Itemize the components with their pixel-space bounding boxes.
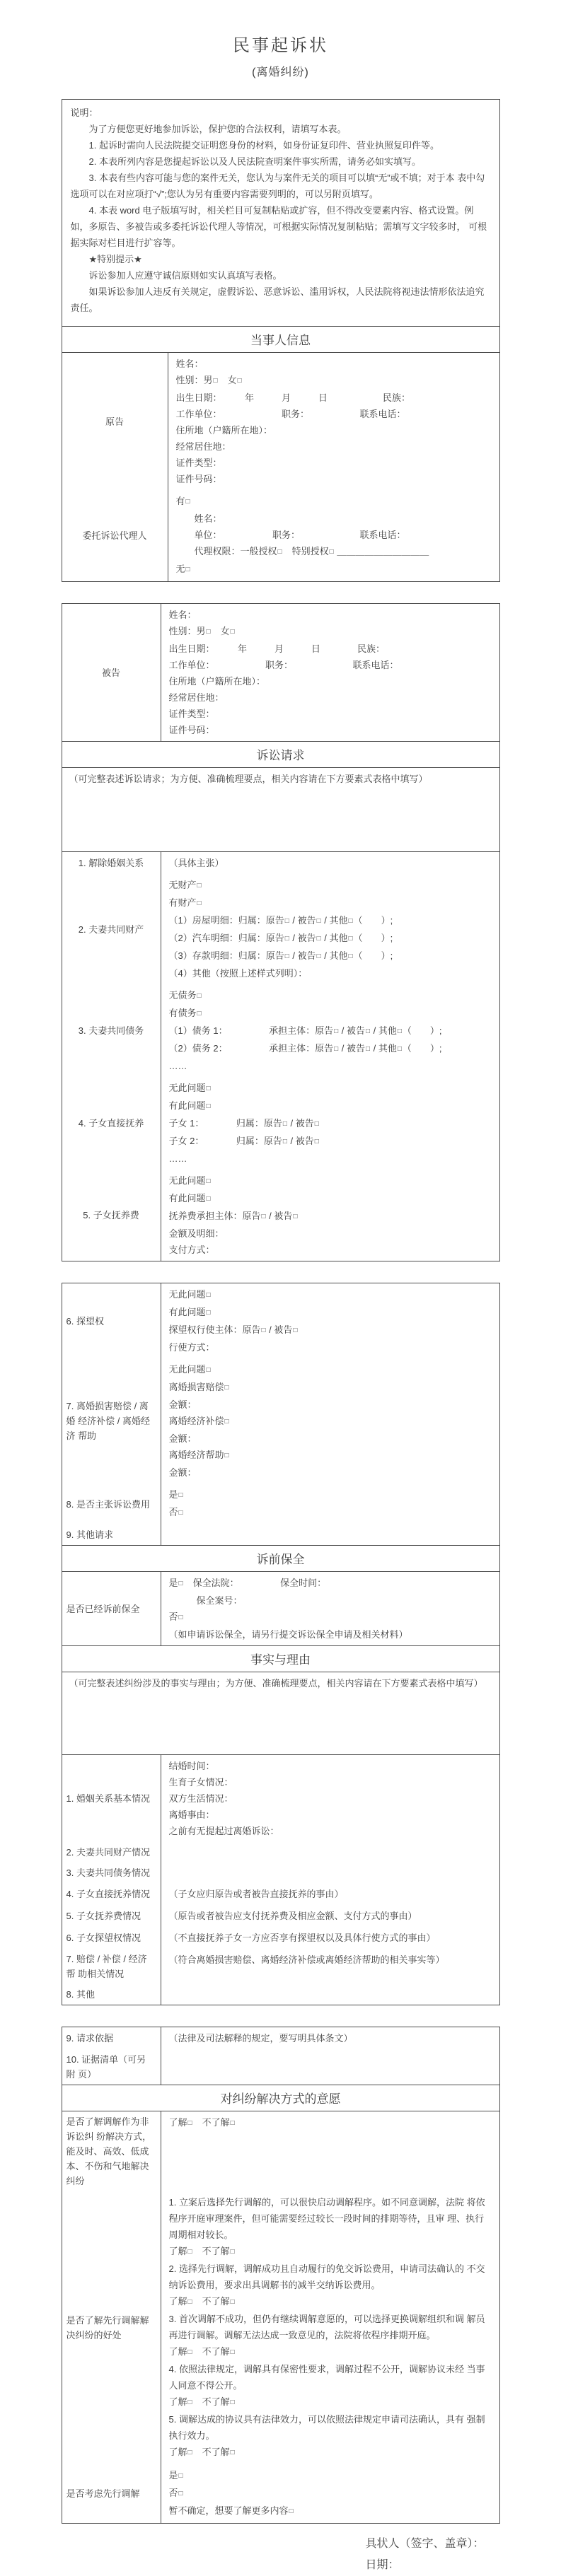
checkbox-icon[interactable]: □ — [225, 1384, 229, 1392]
checkbox-icon[interactable]: □ — [278, 548, 282, 556]
checkbox-icon[interactable]: □ — [398, 1027, 402, 1035]
checkbox-icon[interactable]: □ — [293, 1213, 297, 1220]
row-content — [161, 1863, 499, 1883]
checkbox-icon[interactable]: □ — [293, 1327, 297, 1334]
row-label: 委托诉讼代理人 — [62, 490, 168, 581]
document-page: 民事起诉状 (离婚纠纷) 说明： 为了方便您更好地参加诉讼，保护您的合法权利，请… — [0, 0, 561, 2576]
row-label: 5. 子女抚养费 — [62, 1170, 161, 1261]
document-content: 说明： 为了方便您更好地参加诉讼，保护您的合法权利，请填写本表。1. 起诉时需向… — [62, 99, 500, 2576]
table-row: 原告姓名：性别：男□ 女□出生日期： 年 月 日 民族：工作单位： 职务： 联系… — [62, 353, 499, 490]
row-label: 原告 — [62, 353, 168, 490]
section-header-preservation: 诉前保全 — [62, 1545, 499, 1571]
field-line: 2. 选择先行调解，调解成功且自动履行的免交诉讼费用，申请司法确认的 不交纳诉讼… — [169, 2261, 492, 2293]
field-line: 有此问题□ — [169, 1304, 492, 1322]
field-line: 金额： — [169, 1397, 492, 1413]
signature-block: 具状人（签字、盖章）： 日期： — [366, 2534, 500, 2576]
section-header-claims: 诉讼请求 — [62, 741, 499, 767]
row-content — [161, 1525, 499, 1545]
field-line: 工作单位： 职务： 联系电话： — [169, 657, 492, 673]
table-row: 9. 其他请求 — [62, 1525, 499, 1545]
checkbox-icon[interactable]: □ — [398, 1045, 402, 1053]
field-line: 无□ — [176, 561, 492, 578]
facts-note-cell: （可完整表述纠纷涉及的事实与理由；为方便、准确梳理要点，相关内容请在下方要素式表… — [62, 1672, 499, 1754]
field-line: 出生日期： 年 月 日 民族： — [169, 641, 492, 657]
claims-note-cell: （可完整表述诉讼请求；为方便、准确梳理要点，相关内容请在下方要素式表格中填写） — [62, 767, 499, 851]
field-line: 工作单位： 职务： 联系电话： — [176, 406, 492, 422]
field-line: 证件号码： — [176, 471, 492, 487]
table-row: 7. 离婚损害赔偿 / 离婚 经济补偿 / 离婚经济 帮助无此问题□离婚损害赔偿… — [62, 1358, 499, 1484]
defendant-rows: 被告姓名：性别：男□ 女□出生日期： 年 月 日 民族：工作单位： 职务： 联系… — [62, 604, 499, 741]
row-content: （原告或者被告应支付抚养费及相应金额、支付方式的事由） — [161, 1905, 499, 1927]
checkbox-icon[interactable]: □ — [231, 2348, 235, 2356]
row-content: 姓名：性别：男□ 女□出生日期： 年 月 日 民族：工作单位： 职务： 联系电话… — [161, 604, 499, 741]
checkbox-icon[interactable]: □ — [289, 2507, 294, 2515]
row-label: 9. 请求依据 — [62, 2027, 161, 2049]
field-line: 子女 1： 归属：原告□ / 被告□ — [169, 1115, 492, 1133]
row-content: 无此问题□有此问题□子女 1： 归属：原告□ / 被告□子女 2： 归属：原告□… — [161, 1077, 499, 1170]
checkbox-icon[interactable]: □ — [349, 917, 353, 925]
page-subtitle: (离婚纠纷) — [0, 63, 561, 79]
checkbox-icon[interactable]: □ — [179, 1580, 183, 1587]
field-line: 无此问题□ — [169, 1361, 492, 1379]
row-label: 7. 赔偿 / 补偿 / 经济帮 助相关情况 — [62, 1949, 161, 1984]
instruction-paragraph: 4. 本表 word 电子版填写时，相关栏目可复制粘贴或扩容，但不得改变要素内容… — [71, 202, 491, 251]
checkbox-icon[interactable]: □ — [285, 952, 289, 960]
field-line: 无此问题□ — [169, 1286, 492, 1304]
checkbox-icon[interactable]: □ — [262, 1327, 266, 1334]
row-content: 无此问题□有此问题□探望权行使主体：原告□ / 被告□行使方式： — [161, 1283, 499, 1358]
checkbox-icon[interactable]: □ — [207, 1291, 211, 1299]
field-line: 经常居住地： — [169, 689, 492, 706]
field-line: 是□ — [169, 1486, 492, 1504]
row-label: 4. 子女直接抚养情况 — [62, 1883, 161, 1905]
checkbox-icon[interactable]: □ — [207, 1309, 211, 1317]
checkbox-icon[interactable]: □ — [197, 882, 202, 890]
row-label: 3. 夫妻共同债务情况 — [62, 1863, 161, 1883]
row-content: 姓名：性别：男□ 女□出生日期： 年 月 日 民族：工作单位： 职务： 联系电话… — [168, 353, 499, 490]
checkbox-icon[interactable]: □ — [231, 2119, 235, 2127]
field-line: 是□ — [169, 2467, 492, 2485]
row-label: 6. 子女探望权情况 — [62, 1927, 161, 1949]
row-label: 8. 其他 — [62, 1984, 161, 2005]
instruction-paragraph: 诉讼参加人应遵守诚信原则如实认真填写表格。 — [71, 267, 491, 284]
row-content: （不直接抚养子女一方应否享有探望权以及具体行使方式的事由） — [161, 1927, 499, 1949]
row-content — [161, 2049, 499, 2085]
field-line: 生育子女情况： — [169, 1774, 492, 1790]
checkbox-icon[interactable]: □ — [207, 1177, 211, 1185]
field-line: 否□ — [169, 2485, 492, 2502]
table-row: 1. 解除婚姻关系（具体主张） — [62, 852, 499, 874]
row-label: 1. 婚姻关系基本情况 — [62, 1755, 161, 1842]
claims-table-1: 被告姓名：性别：男□ 女□出生日期： 年 月 日 民族：工作单位： 职务： 联系… — [62, 603, 500, 1261]
instruction-paragraph: 如果诉讼参加人违反有关规定，虚假诉讼、恶意诉讼、滥用诉权，人民法院将视违法情形依… — [71, 284, 491, 316]
row-content: 结婚时间：生育子女情况：双方生活情况：离婚事由：之前有无提起过离婚诉讼： — [161, 1755, 499, 1842]
table-row: 6. 探望权无此问题□有此问题□探望权行使主体：原告□ / 被告□行使方式： — [62, 1283, 499, 1358]
basis-rows: 9. 请求依据（法律及司法解释的规定，要写明具体条文）10. 证据清单（可另 附… — [62, 2027, 499, 2085]
checkbox-icon[interactable]: □ — [188, 2248, 192, 2256]
field-line: 否□ — [169, 1609, 492, 1626]
field-line: （具体主张） — [169, 855, 492, 871]
row-content: 1. 立案后选择先行调解的，可以很快启动调解程序。如不同意调解，法院 将依程序开… — [161, 2191, 499, 2464]
row-content: 无债务□有债务□（1）债务 1： 承担主体：原告□ / 被告□ / 其他□（ ）… — [161, 984, 499, 1077]
field-line: 离婚损害赔偿□ — [169, 1379, 492, 1397]
field-line: 有此问题□ — [169, 1190, 492, 1208]
checkbox-icon[interactable]: □ — [207, 1195, 211, 1203]
field-line: 保全案号： — [169, 1592, 492, 1609]
field-line: （4）其他（按照上述样式列明）： — [169, 965, 492, 981]
field-line: （2）汽车明细：归属：原告□ / 被告□ / 其他□（ ）; — [169, 930, 492, 948]
checkbox-icon[interactable]: □ — [330, 548, 334, 556]
checkbox-icon[interactable]: □ — [262, 1213, 266, 1220]
row-content: 无此问题□离婚损害赔偿□金额：离婚经济补偿□金额：离婚经济帮助□金额： — [161, 1358, 499, 1484]
field-line: （3）存款明细：归属：原告□ / 被告□ / 其他□（ ）; — [169, 948, 492, 965]
row-content: 有□ 姓名： 单位： 职务： 联系电话： 代理权限：一般授权□ 特别授权□ ＿＿… — [168, 490, 499, 581]
field-line: 行使方式： — [169, 1339, 492, 1356]
field-line: （如申请诉讼保全，请另行提交诉讼保全申请及相关材料） — [169, 1626, 492, 1643]
field-line: （1）债务 1： 承担主体：原告□ / 被告□ / 其他□（ ）; — [169, 1022, 492, 1040]
field-line: 金额： — [169, 1430, 492, 1447]
field-line: 1. 立案后选择先行调解的，可以很快启动调解程序。如不同意调解，法院 将依程序开… — [169, 2194, 492, 2243]
row-label: 1. 解除婚姻关系 — [62, 852, 161, 874]
row-content: 是□否□ — [161, 1484, 499, 1525]
section-header-party: 当事人信息 — [62, 326, 499, 352]
field-line: 住所地（户籍所在地）： — [169, 673, 492, 689]
row-label: 2. 夫妻共同财产情况 — [62, 1842, 161, 1863]
checkbox-icon[interactable]: □ — [349, 935, 353, 943]
facts-rows: 1. 婚姻关系基本情况结婚时间：生育子女情况：双方生活情况：离婚事由：之前有无提… — [62, 1754, 499, 2005]
field-line: 无债务□ — [169, 987, 492, 1005]
field-line: （子女应归原告或者被告直接抚养的事由） — [169, 1886, 492, 1902]
field-line: 代理权限：一般授权□ 特别授权□ ＿＿＿＿＿＿＿＿＿＿ — [176, 543, 492, 561]
row-content: 是□ 保全法院： 保全时间： 保全案号：否□（如申请诉讼保全，请另行提交诉讼保全… — [161, 1572, 499, 1645]
checkbox-icon[interactable]: □ — [188, 2399, 192, 2406]
section-header-facts: 事实与理由 — [62, 1645, 499, 1672]
table-row: 8. 是否主张诉讼费用是□否□ — [62, 1484, 499, 1525]
checkbox-icon[interactable]: □ — [366, 1027, 370, 1035]
checkbox-icon[interactable]: □ — [207, 1085, 211, 1092]
field-line: 离婚经济帮助□ — [169, 1447, 492, 1464]
preservation-rows: 是否已经诉前保全是□ 保全法院： 保全时间： 保全案号：否□（如申请诉讼保全，请… — [62, 1571, 499, 1645]
checkbox-icon[interactable]: □ — [334, 1045, 338, 1053]
checkbox-icon[interactable]: □ — [349, 952, 353, 960]
row-content: （符合离婚损害赔偿、离婚经济补偿或离婚经济帮助的相关事实等） — [161, 1949, 499, 1984]
field-line: 4. 依照法律规定，调解具有保密性要求，调解过程不公开，调解协议未经 当事人同意… — [169, 2361, 492, 2394]
row-content: 是□否□暂不确定，想要了解更多内容□ — [161, 2464, 499, 2523]
table-row: 8. 其他 — [62, 1984, 499, 2005]
field-line: 结婚时间： — [169, 1758, 492, 1774]
field-line: 子女 2： 归属：原告□ / 被告□ — [169, 1133, 492, 1150]
checkbox-icon[interactable]: □ — [214, 377, 218, 385]
claims-rows-1-5: 1. 解除婚姻关系（具体主张）2. 夫妻共同财产无财产□有财产□（1）房屋明细：… — [62, 851, 499, 1261]
row-content: 了解□ 不了解□ — [161, 2111, 499, 2191]
field-line: 了解□ 不了解□ — [169, 2394, 492, 2411]
row-content — [161, 1842, 499, 1863]
field-line: （不直接抚养子女一方应否享有探望权以及具体行使方式的事由） — [169, 1930, 492, 1946]
field-line: 姓名： — [176, 356, 492, 372]
checkbox-icon[interactable]: □ — [283, 1120, 287, 1128]
field-line: 离婚经济补偿□ — [169, 1413, 492, 1430]
checkbox-icon[interactable]: □ — [225, 1418, 229, 1426]
checkbox-icon[interactable]: □ — [179, 1614, 183, 1621]
field-line: 性别：男□ 女□ — [176, 372, 492, 390]
checkbox-icon[interactable]: □ — [238, 377, 242, 385]
instructions-paragraphs: 为了方便您更好地参加诉讼，保护您的合法权利，请填写本表。1. 起诉时需向人民法院… — [71, 121, 491, 316]
field-line: 性别：男□ 女□ — [169, 623, 492, 641]
table-row: 委托诉讼代理人有□ 姓名： 单位： 职务： 联系电话： 代理权限：一般授权□ 特… — [62, 490, 499, 581]
field-line: 无此问题□ — [169, 1080, 492, 1097]
row-content: （法律及司法解释的规定，要写明具体条文） — [161, 2027, 499, 2049]
checkbox-icon[interactable]: □ — [207, 628, 211, 636]
field-line: 姓名： — [169, 607, 492, 623]
page-title: 民事起诉状 — [0, 0, 561, 56]
checkbox-icon[interactable]: □ — [315, 1138, 319, 1146]
instruction-paragraph: 3. 本表有些内容可能与您的案件无关，您认为与案件无关的项目可以填“无”或不填；… — [71, 170, 491, 202]
table-row: 1. 婚姻关系基本情况结婚时间：生育子女情况：双方生活情况：离婚事由：之前有无提… — [62, 1755, 499, 1842]
table-row: 9. 请求依据（法律及司法解释的规定，要写明具体条文） — [62, 2027, 499, 2049]
row-label: 是否考虑先行调解 — [62, 2464, 161, 2523]
signature-line: 具状人（签字、盖章）： — [366, 2534, 500, 2555]
field-line: 有□ — [176, 493, 492, 511]
checkbox-icon[interactable]: □ — [231, 2298, 235, 2306]
party-rows: 原告姓名：性别：男□ 女□出生日期： 年 月 日 民族：工作单位： 职务： 联系… — [62, 352, 499, 581]
row-label: 被告 — [62, 604, 161, 741]
field-line: （1）房屋明细：归属：原告□ / 被告□ / 其他□（ ）; — [169, 912, 492, 930]
checkbox-icon[interactable]: □ — [197, 899, 202, 907]
field-line: 5. 调解达成的协议具有法律效力，可以依照法律规定申请司法确认，具有 强制执行效… — [169, 2411, 492, 2444]
checkbox-icon[interactable]: □ — [179, 1509, 183, 1517]
row-label: 7. 离婚损害赔偿 / 离婚 经济补偿 / 离婚经济 帮助 — [62, 1358, 161, 1484]
field-line: （法律及司法解释的规定，要写明具体条文） — [169, 2030, 492, 2046]
field-line: 了解□ 不了解□ — [169, 2444, 492, 2461]
field-line: 经常居住地： — [176, 438, 492, 455]
checkbox-icon[interactable]: □ — [315, 1120, 319, 1128]
field-line: …… — [169, 1058, 492, 1074]
checkbox-icon[interactable]: □ — [188, 2348, 192, 2356]
table-row: 7. 赔偿 / 补偿 / 经济帮 助相关情况（符合离婚损害赔偿、离婚经济补偿或离… — [62, 1949, 499, 1984]
checkbox-icon[interactable]: □ — [283, 1138, 287, 1146]
checkbox-icon[interactable]: □ — [188, 2119, 192, 2127]
field-line: 有此问题□ — [169, 1097, 492, 1115]
instruction-paragraph: ★特别提示★ — [71, 251, 491, 267]
field-line: 证件类型： — [169, 706, 492, 722]
willingness-table: 9. 请求依据（法律及司法解释的规定，要写明具体条文）10. 证据清单（可另 附… — [62, 2027, 500, 2524]
row-label: 5. 子女抚养费情况 — [62, 1905, 161, 1927]
field-line: 抚养费承担主体：原告□ / 被告□ — [169, 1208, 492, 1225]
checkbox-icon[interactable]: □ — [186, 498, 190, 506]
checkbox-icon[interactable]: □ — [317, 935, 321, 943]
checkbox-icon[interactable]: □ — [188, 2298, 192, 2306]
field-line: 住所地（户籍所在地）： — [176, 422, 492, 438]
checkbox-icon[interactable]: □ — [197, 1010, 202, 1018]
field-line: 否□ — [169, 1504, 492, 1522]
field-line: 之前有无提起过离婚诉讼： — [169, 1823, 492, 1839]
row-label: 是否了解调解作为非诉讼纠 纷解决方式，能及时、高效、低成本、不伤和气地解决纠纷 — [62, 2111, 161, 2191]
row-label: 9. 其他请求 — [62, 1525, 161, 1545]
field-line: 姓名： — [176, 511, 492, 527]
checkbox-icon[interactable]: □ — [179, 1491, 183, 1499]
field-line: 单位： 职务： 联系电话： — [176, 527, 492, 543]
row-label: 2. 夫妻共同财产 — [62, 874, 161, 984]
checkbox-icon[interactable]: □ — [188, 2449, 192, 2456]
field-line: 暂不确定，想要了解更多内容□ — [169, 2502, 492, 2520]
table-row: 3. 夫妻共同债务无债务□有债务□（1）债务 1： 承担主体：原告□ / 被告□… — [62, 984, 499, 1077]
party-info-table: 说明： 为了方便您更好地参加诉讼，保护您的合法权利，请填写本表。1. 起诉时需向… — [62, 99, 500, 582]
field-line: 了解□ 不了解□ — [169, 2114, 492, 2132]
checkbox-icon[interactable]: □ — [207, 1366, 211, 1374]
table-row: 是否已经诉前保全是□ 保全法院： 保全时间： 保全案号：否□（如申请诉讼保全，请… — [62, 1572, 499, 1645]
field-line: 探望权行使主体：原告□ / 被告□ — [169, 1322, 492, 1339]
willingness-rows: 是否了解调解作为非诉讼纠 纷解决方式，能及时、高效、低成本、不伤和气地解决纠纷了… — [62, 2111, 499, 2523]
checkbox-icon[interactable]: □ — [231, 2449, 235, 2456]
field-line: 无财产□ — [169, 877, 492, 894]
checkbox-icon[interactable]: □ — [179, 2490, 183, 2498]
field-line: 了解□ 不了解□ — [169, 2343, 492, 2361]
field-line: 无此问题□ — [169, 1172, 492, 1190]
field-line: 双方生活情况： — [169, 1790, 492, 1807]
instruction-paragraph: 为了方便您更好地参加诉讼，保护您的合法权利，请填写本表。 — [71, 121, 491, 137]
row-content: 无财产□有财产□（1）房屋明细：归属：原告□ / 被告□ / 其他□（ ）;（2… — [161, 874, 499, 984]
checkbox-icon[interactable]: □ — [179, 2472, 183, 2480]
field-line: 支付方式： — [169, 1242, 492, 1258]
field-line: 离婚事由： — [169, 1807, 492, 1823]
checkbox-icon[interactable]: □ — [231, 2248, 235, 2256]
field-line: （2）债务 2： 承担主体：原告□ / 被告□ / 其他□（ ）; — [169, 1040, 492, 1058]
table-row: 是否考虑先行调解是□否□暂不确定，想要了解更多内容□ — [62, 2464, 499, 2523]
checkbox-icon[interactable]: □ — [231, 628, 235, 636]
row-content: （子女应归原告或者被告直接抚养的事由） — [161, 1883, 499, 1905]
field-line: 有债务□ — [169, 1005, 492, 1022]
field-line: 是□ 保全法院： 保全时间： — [169, 1575, 492, 1592]
row-label: 是否了解先行调解解决纠纷的好处 — [62, 2191, 161, 2464]
row-label: 3. 夫妻共同债务 — [62, 984, 161, 1077]
checkbox-icon[interactable]: □ — [225, 1452, 229, 1459]
table-row: 是否了解调解作为非诉讼纠 纷解决方式，能及时、高效、低成本、不伤和气地解决纠纷了… — [62, 2111, 499, 2191]
claims-table-2: 6. 探望权无此问题□有此问题□探望权行使主体：原告□ / 被告□行使方式：7.… — [62, 1283, 500, 2005]
checkbox-icon[interactable]: □ — [231, 2399, 235, 2406]
row-label: 是否已经诉前保全 — [62, 1572, 161, 1645]
row-content — [161, 1984, 499, 2005]
claims-rows-6-9: 6. 探望权无此问题□有此问题□探望权行使主体：原告□ / 被告□行使方式：7.… — [62, 1283, 499, 1545]
field-line: 了解□ 不了解□ — [169, 2243, 492, 2261]
table-row: 4. 子女直接抚养无此问题□有此问题□子女 1： 归属：原告□ / 被告□子女 … — [62, 1077, 499, 1170]
table-row: 5. 子女抚养费情况（原告或者被告应支付抚养费及相应金额、支付方式的事由） — [62, 1905, 499, 1927]
checkbox-icon[interactable]: □ — [334, 1027, 338, 1035]
field-line: （原告或者被告应支付抚养费及相应金额、支付方式的事由） — [169, 1908, 492, 1924]
row-content: 无此问题□有此问题□抚养费承担主体：原告□ / 被告□金额及明细：支付方式： — [161, 1170, 499, 1261]
table-row: 10. 证据清单（可另 附 页） — [62, 2049, 499, 2085]
table-row: 2. 夫妻共同财产情况 — [62, 1842, 499, 1863]
table-row: 被告姓名：性别：男□ 女□出生日期： 年 月 日 民族：工作单位： 职务： 联系… — [62, 604, 499, 741]
field-line: …… — [169, 1150, 492, 1167]
instructions-label: 说明： — [71, 105, 491, 121]
row-label: 10. 证据清单（可另 附 页） — [62, 2049, 161, 2085]
date-line: 日期： — [366, 2555, 500, 2576]
checkbox-icon[interactable]: □ — [285, 935, 289, 943]
row-label: 8. 是否主张诉讼费用 — [62, 1484, 161, 1525]
instruction-paragraph: 2. 本表所列内容是您提起诉讼以及人民法院查明案件事实所需，请务必如实填写。 — [71, 153, 491, 170]
table-row: 6. 子女探望权情况（不直接抚养子女一方应否享有探望权以及具体行使方式的事由） — [62, 1927, 499, 1949]
table-row: 4. 子女直接抚养情况（子女应归原告或者被告直接抚养的事由） — [62, 1883, 499, 1905]
table-row: 5. 子女抚养费无此问题□有此问题□抚养费承担主体：原告□ / 被告□金额及明细… — [62, 1170, 499, 1261]
row-content: （具体主张） — [161, 852, 499, 874]
field-line: 金额及明细： — [169, 1225, 492, 1242]
field-line: 证件类型： — [176, 455, 492, 471]
section-header-willingness: 对纠纷解决方式的意愿 — [62, 2085, 499, 2111]
checkbox-icon[interactable]: □ — [207, 1102, 211, 1110]
instructions-cell: 说明： 为了方便您更好地参加诉讼，保护您的合法权利，请填写本表。1. 起诉时需向… — [62, 100, 499, 326]
field-line: 有财产□ — [169, 894, 492, 912]
checkbox-icon[interactable]: □ — [197, 992, 202, 1000]
field-line: 证件号码： — [169, 722, 492, 738]
table-row: 是否了解先行调解解决纠纷的好处1. 立案后选择先行调解的，可以很快启动调解程序。… — [62, 2191, 499, 2464]
checkbox-icon[interactable]: □ — [186, 566, 190, 573]
checkbox-icon[interactable]: □ — [285, 917, 289, 925]
field-line: （符合离婚损害赔偿、离婚经济补偿或离婚经济帮助的相关事实等） — [169, 1952, 492, 1968]
field-line: 出生日期： 年 月 日 民族： — [176, 390, 492, 406]
field-line: 3. 首次调解不成功，但仍有继续调解意愿的，可以选择更换调解组织和调 解员再进行… — [169, 2311, 492, 2343]
checkbox-icon[interactable]: □ — [317, 952, 321, 960]
row-label: 6. 探望权 — [62, 1283, 161, 1358]
table-row: 2. 夫妻共同财产无财产□有财产□（1）房屋明细：归属：原告□ / 被告□ / … — [62, 874, 499, 984]
checkbox-icon[interactable]: □ — [366, 1045, 370, 1053]
row-label: 4. 子女直接抚养 — [62, 1077, 161, 1170]
field-line: 金额： — [169, 1464, 492, 1481]
field-line: 了解□ 不了解□ — [169, 2293, 492, 2311]
table-row: 3. 夫妻共同债务情况 — [62, 1863, 499, 1883]
instruction-paragraph: 1. 起诉时需向人民法院提交证明您身份的材料，如身份证复印件、营业执照复印件等。 — [71, 137, 491, 153]
checkbox-icon[interactable]: □ — [317, 917, 321, 925]
